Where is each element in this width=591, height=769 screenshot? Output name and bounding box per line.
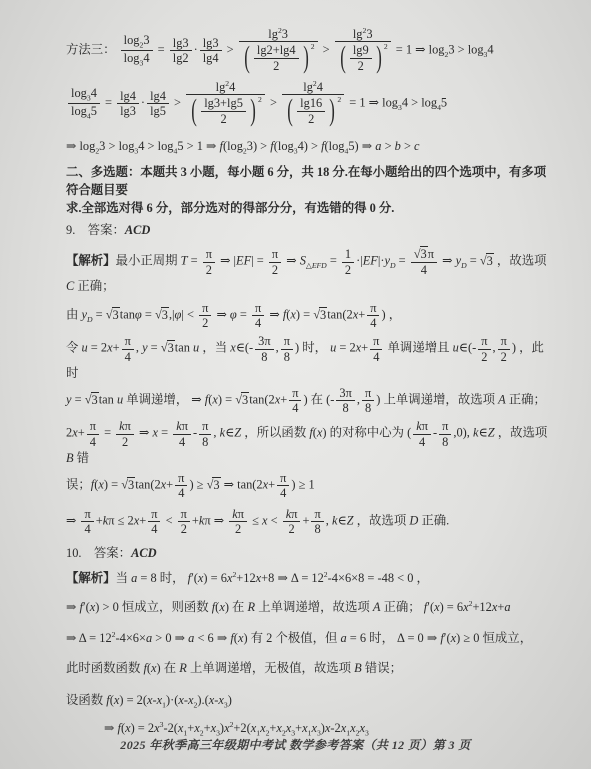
formula-conclusion-abc: ⇒ log23 > log34 > log45 > 1 ⇒ f(log23) >… [66, 138, 551, 157]
formula-method3-line2: log34log45 = lg4lg3·lg4lg5 > lg24(lg3+lg… [66, 79, 551, 128]
answer-q10: 10. 答案：ACD [66, 545, 551, 563]
solution-q9-line7: ⇒ π4+kπ ≤ 2x+π4 < π2+kπ ⇒ kπ2 ≤ x < kπ2+… [66, 506, 551, 538]
section-multichoice-header-line2: 求.全部选对得 6 分，部分选对的得部分分，有选错的得 0 分. [66, 200, 551, 218]
solution-q9-line1: 【解析】最小正周期 T = π2 ⇒ |EF| = π2 ⇒ S△EFD = 1… [66, 246, 551, 296]
solution-q9-line2: 由 yD = √3tanφ = √3,|φ| < π2 ⇒ φ = π4 ⇒ f… [66, 300, 551, 332]
solution-q10-line1: 【解析】当 a = 8 时， f′(x) = 6x2+12x+8 ⇒ Δ = 1… [66, 569, 551, 588]
section-multichoice-header-line1: 二、多选题：本题共 3 小题，每小题 6 分，共 18 分.在每小题给出的四个选… [66, 164, 551, 200]
solution-q10-line2: ⇒ f′(x) > 0 恒成立，则函数 f(x) 在 R 上单调递增，故选项 A… [66, 598, 551, 617]
exam-answer-page: 方法三： log23log34 = lg3lg2·lg3lg4 > lg23(l… [0, 0, 591, 769]
answer-q9: 9. 答案：ACD [66, 222, 551, 240]
solution-q10-line4: 此时函数函数 f(x) 在 R 上单调递增，无极值，故选项 B 错误； [66, 660, 551, 678]
solution-q9-line5: 2x+π4 = kπ2 ⇒ x = kπ4-π8, k∈Z ，所以函数 f(x)… [66, 418, 551, 468]
solution-q9-line3: 令 u = 2x+π4, y = √3tan u ，当 x∈(-3π8,π8) … [66, 333, 551, 383]
page-footer: 2025 年秋季高三年级期中考试 数学参考答案（共 12 页）第 3 页 [0, 736, 591, 753]
solution-q9-line6: 误；f(x) = √3tan(2x+π4) ≥ √3 ⇒ tan(2x+π4) … [66, 470, 551, 502]
formula-method3-line1: 方法三： log23log34 = lg3lg2·lg3lg4 > lg23(l… [66, 26, 551, 75]
solution-q10-line3: ⇒ Δ = 122-4×6×a > 0 ⇒ a < 6 ⇒ f(x) 有 2 个… [66, 629, 551, 648]
solution-q9-line4: y = √3tan u 单调递增， ⇒ f(x) = √3tan(2x+π4) … [66, 385, 551, 417]
solution-q10-line5: 设函数 f(x) = 2(x-x1)·(x-x2).(x-x3) [66, 692, 551, 711]
